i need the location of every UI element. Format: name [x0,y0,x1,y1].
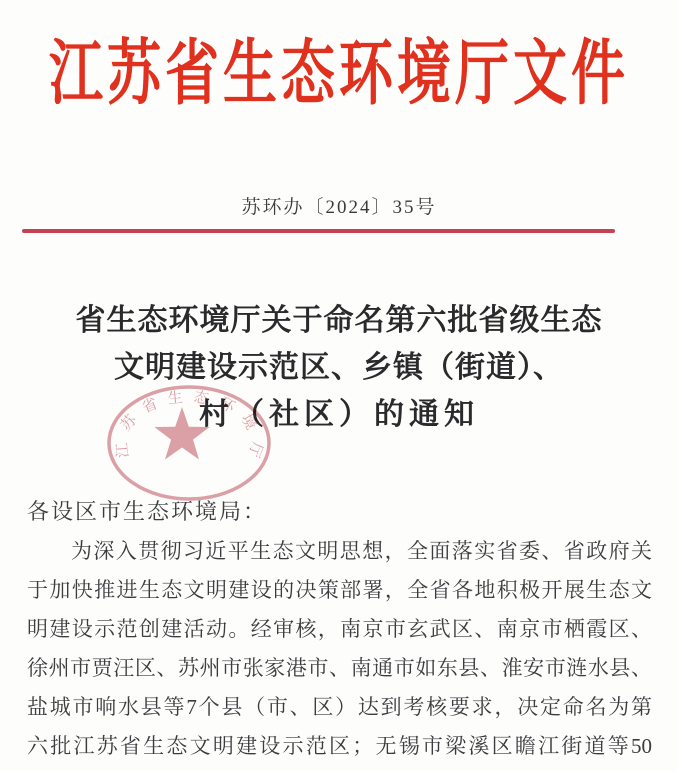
body-line-1: 为深入贯彻习近平生态文明思想，全面落实省委、省政府关 [27,532,652,571]
masthead-title: 江苏省生态环境厅文件 [0,38,678,109]
red-divider-rule [22,229,615,233]
document-number: 苏环办〔2024〕35号 [0,192,678,219]
document-page: 江苏省生态环境厅文件 苏环办〔2024〕35号 省生态环境厅关于命名第六批省级生… [0,0,678,771]
body-line-6: 六批江苏省生态文明建设示范区；无锡市梁溪区瞻江街道等50 [27,727,652,766]
notice-title-line-2: 文明建设示范区、乡镇（街道）、 [0,344,678,391]
notice-title-line-1: 省生态环境厅关于命名第六批省级生态 [0,297,678,344]
body-line-5: 盐城市响水县等7个县（市、区）达到考核要求，决定命名为第 [27,688,652,727]
salutation: 各设区市生态环境局： [27,495,267,526]
body-line-4: 徐州市贾汪区、苏州市张家港市、南通市如东县、淮安市涟水县、 [27,649,652,688]
body-paragraph: 为深入贯彻习近平生态文明思想，全面落实省委、省政府关 于加快推进生态文明建设的决… [27,532,652,766]
body-line-2: 于加快推进生态文明建设的决策部署，全省各地积极开展生态文 [27,571,652,610]
body-line-3: 明建设示范创建活动。经审核，南京市玄武区、南京市栖霞区、 [27,610,652,649]
notice-title-line-3: 村（社区）的通知 [0,391,678,438]
notice-title: 省生态环境厅关于命名第六批省级生态 文明建设示范区、乡镇（街道）、 村（社区）的… [0,297,678,438]
